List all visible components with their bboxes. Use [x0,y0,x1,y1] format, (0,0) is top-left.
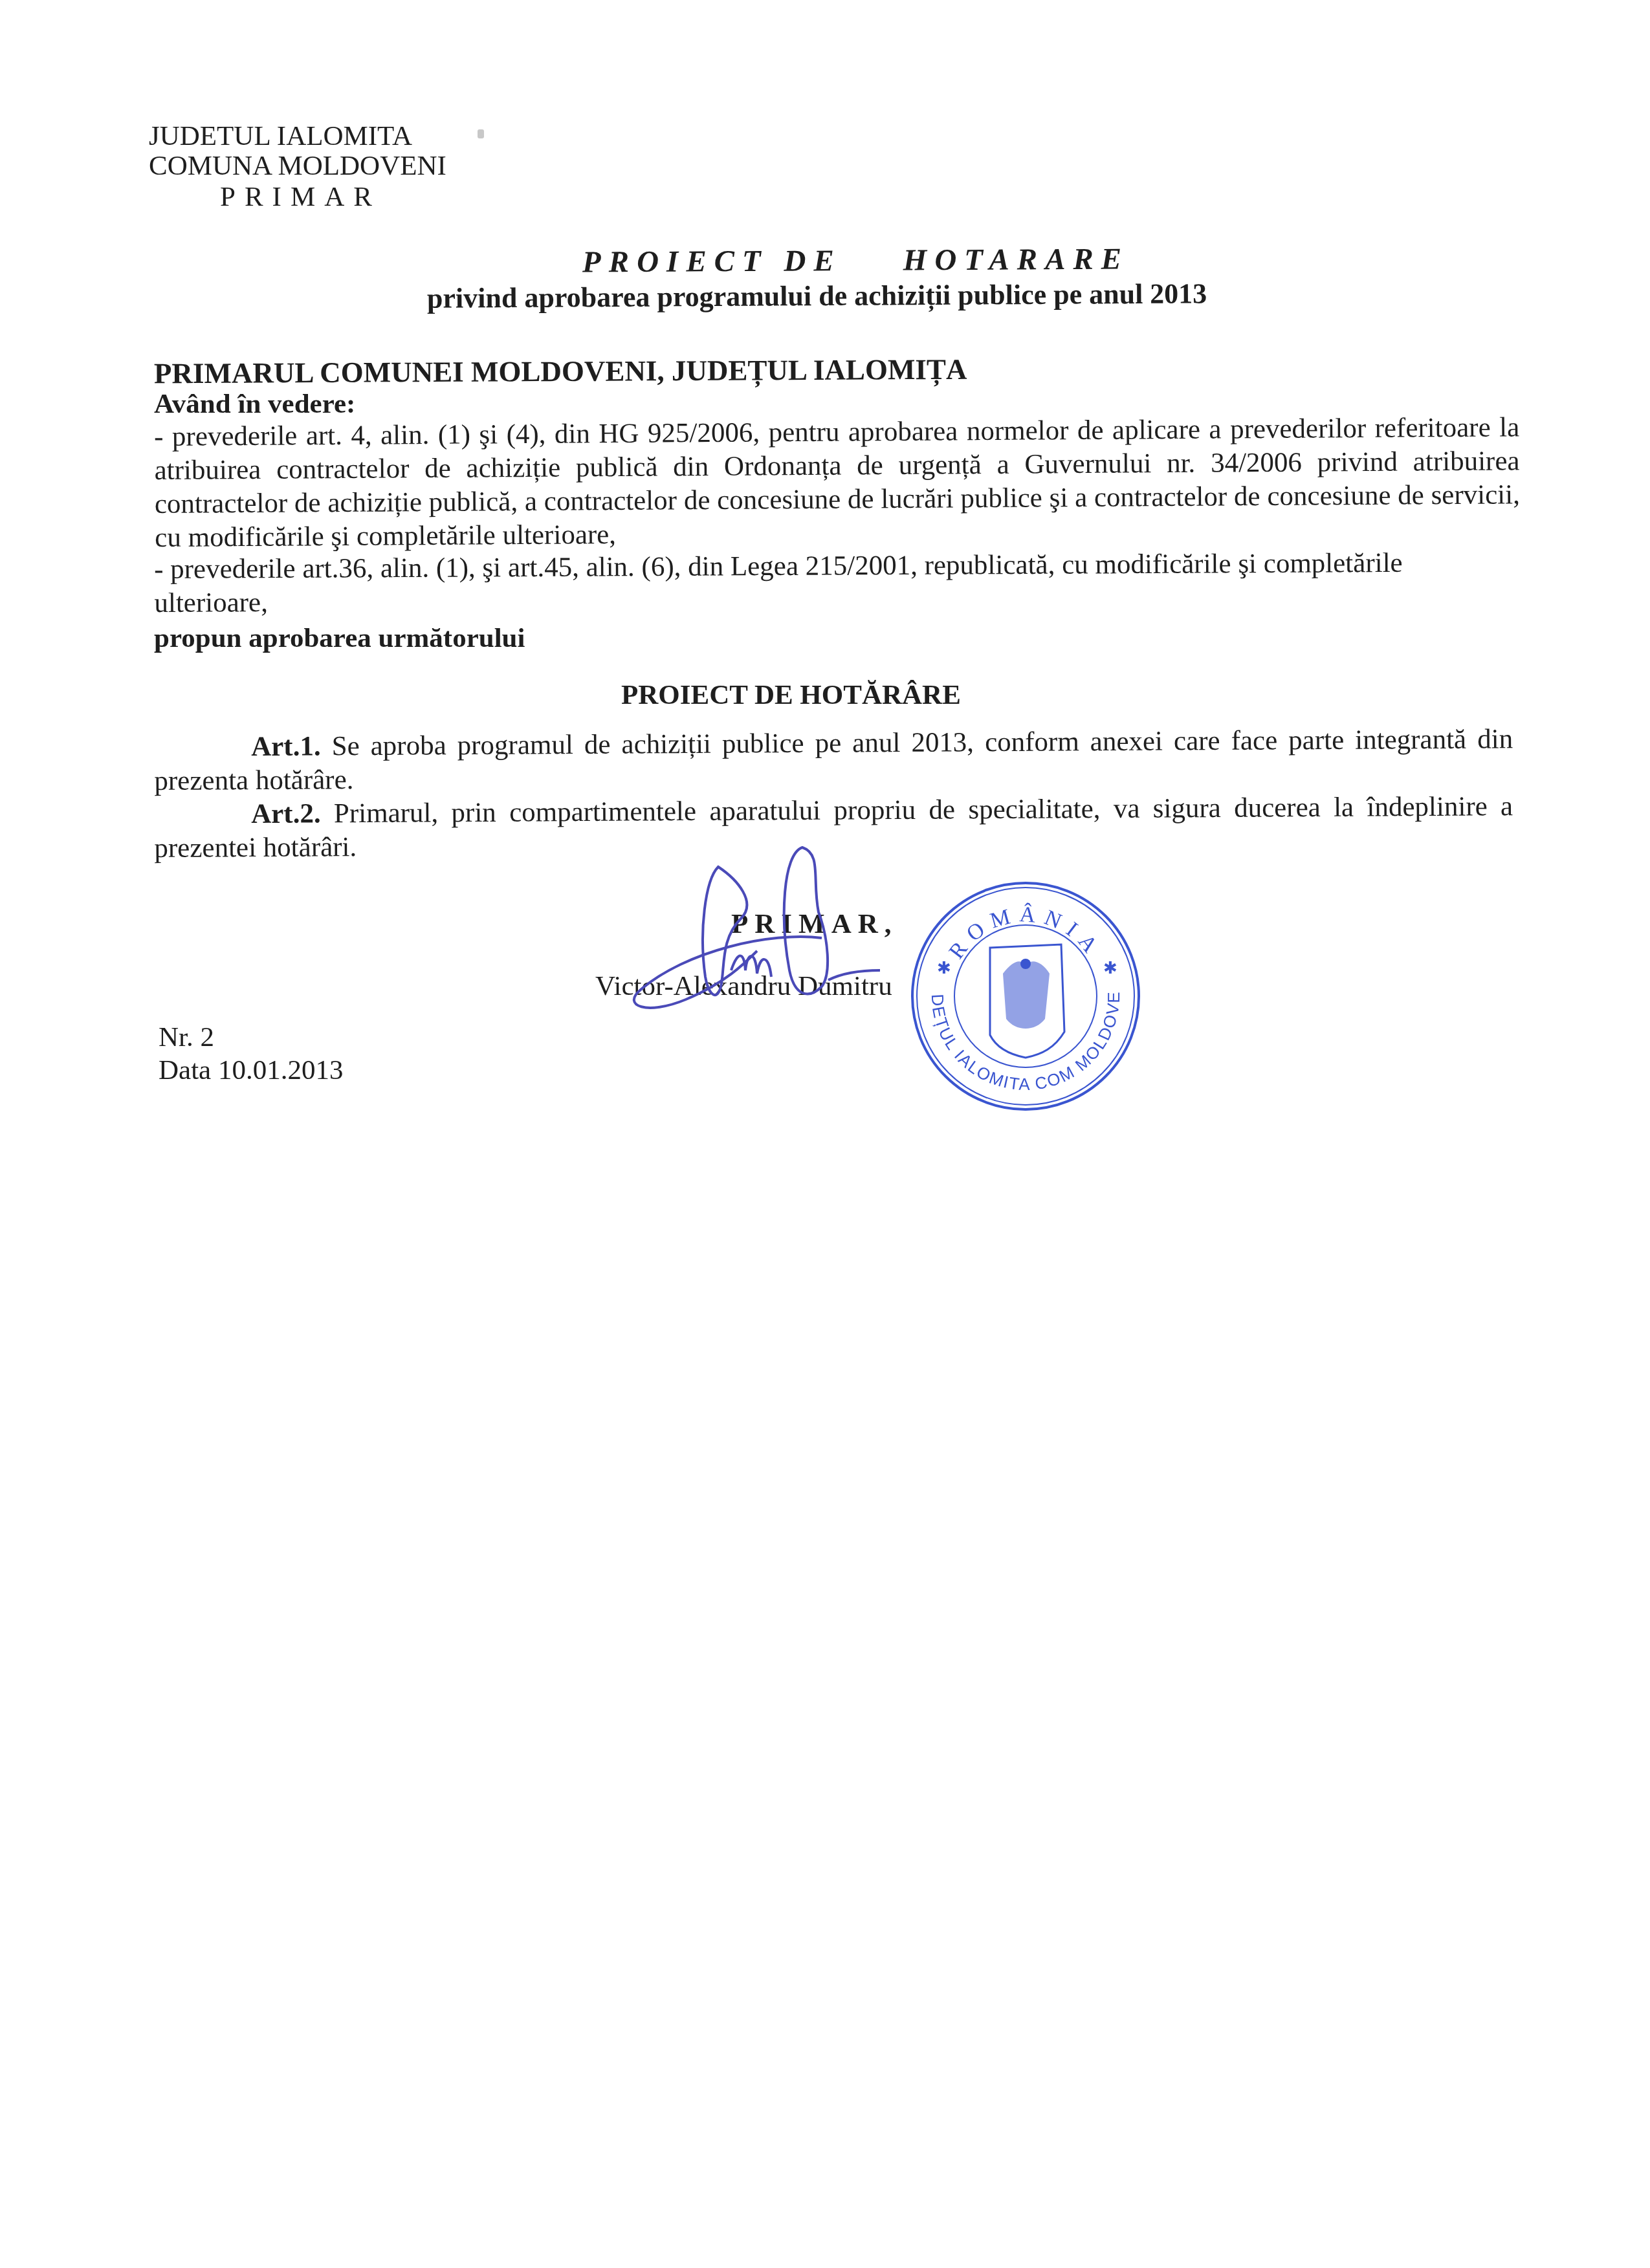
handwritten-signature [608,841,945,1009]
office-header: PRIMAR [220,181,381,213]
legal-basis-item-2: - prevederile art.36, alin. (1), şi art.… [154,546,1520,620]
legal-basis-item-1: - prevederile art. 4, alin. (1) şi (4), … [154,411,1520,555]
article-2-label: Art.2. [251,798,321,829]
article-1: Art.1. Se aproba programul de achiziții … [154,723,1513,798]
document-number: Nr. 2 [159,1021,214,1054]
stamp-top-text: ROMÂNIA [945,902,1106,963]
svg-text:✱: ✱ [1103,959,1117,977]
county-header: JUDETUL IALOMITA [149,120,412,153]
decision-heading: PROIECT DE HOTĂRÂRE [621,679,961,711]
document-subtitle: privind aprobarea programului de achiziț… [427,277,1207,314]
proposal-line: propun aprobarea următorului [154,622,525,654]
issuer-heading: PRIMARUL COMUNEI MOLDOVENI, JUDEȚUL IALO… [154,353,967,391]
commune-header: COMUNA MOLDOVENI [149,150,446,182]
article-1-label: Art.1. [251,731,321,762]
official-stamp: ROMÂNIA JUDEȚUL IALOMITA COM MOLDOVENI ✱… [906,877,1145,1116]
document-date: Data 10.01.2013 [159,1054,343,1086]
article-1-text: Se aproba programul de achiziții publice… [154,724,1513,796]
considering-label: Având în vedere: [154,388,355,420]
document-title: PROIECT DE HOTARARE [582,241,1129,279]
svg-text:ROMÂNIA: ROMÂNIA [945,902,1106,963]
svg-text:✱: ✱ [937,959,951,977]
scan-speck [478,129,484,138]
